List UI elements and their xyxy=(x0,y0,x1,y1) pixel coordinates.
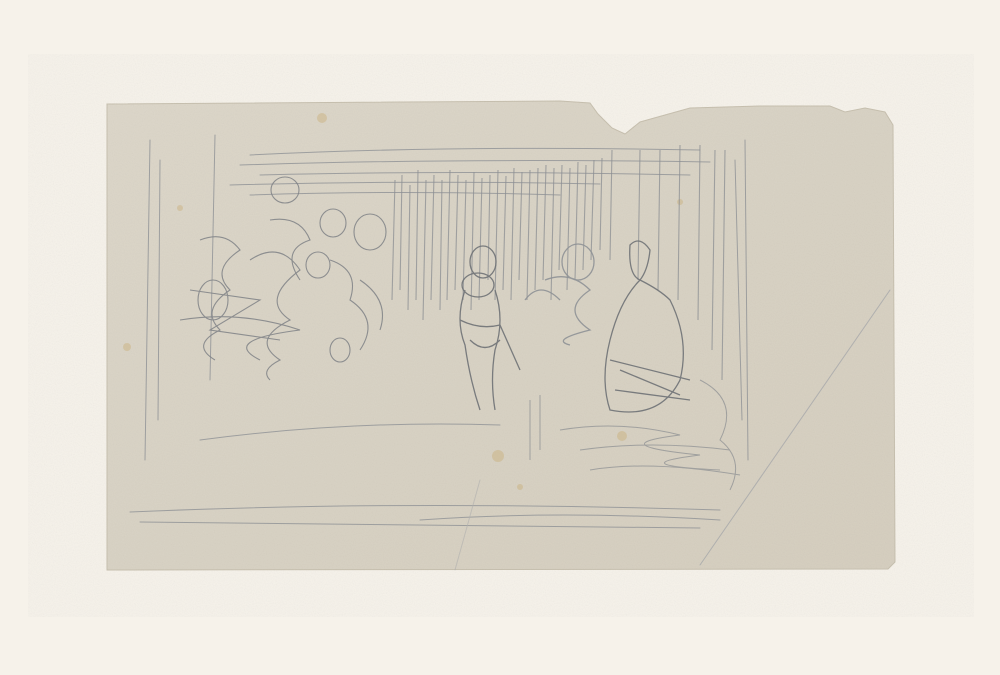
artwork-scan xyxy=(0,0,1000,675)
pencil-sketch xyxy=(0,0,1000,675)
paper-sheet xyxy=(107,101,895,570)
